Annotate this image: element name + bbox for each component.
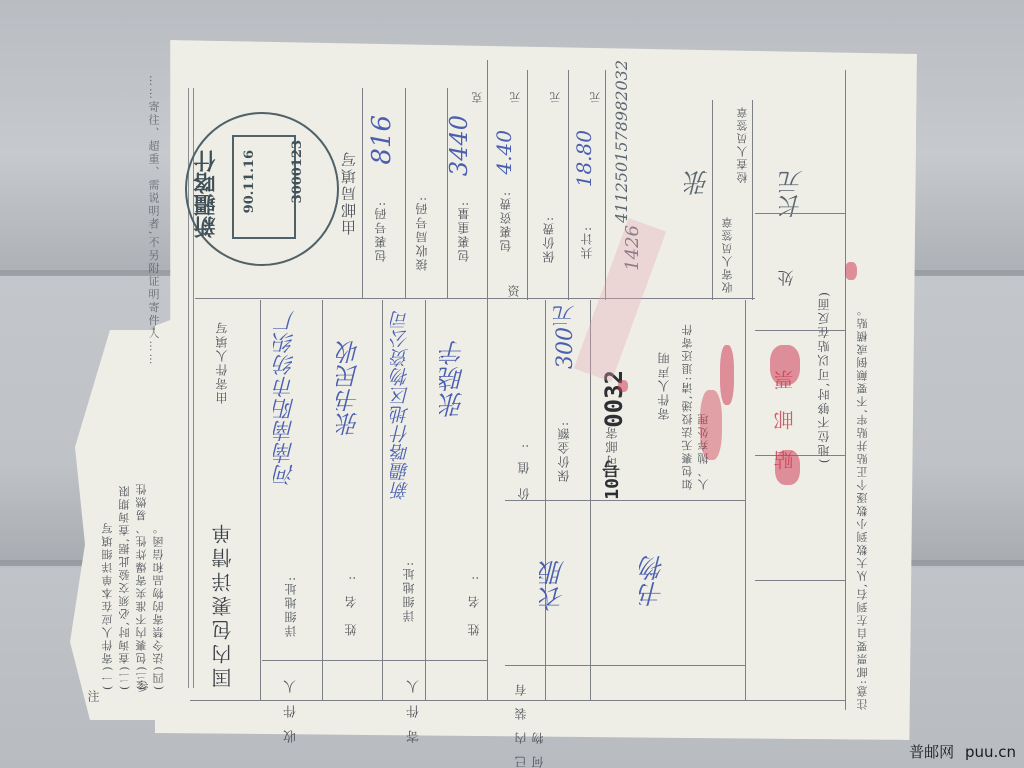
disposal-divider [755,213,845,214]
site-watermark: 普邮网 puu.cn [909,741,1016,762]
stamp-area-divider [755,580,845,581]
post-office-divider [195,298,755,299]
red-stamp-blot [618,380,628,392]
staff-col-line [712,100,713,300]
form-title: 国内包裹详情单 [208,520,237,688]
watermark-site-name: 普邮网 [909,743,954,761]
value-label: 价值: [515,430,532,500]
note-line-4: (四)法令禁寄的物品和信函。 [151,430,167,690]
weight-unit: 克 [470,90,486,103]
recipient-bottom-line [262,660,487,661]
tracking-number: 4112501578982032 [612,60,631,223]
postmark-code: 3000123 [290,140,305,203]
recipient-address-value: 河南南阳市纺织厂 [270,310,301,486]
red-stamp-blot [720,345,734,405]
note-line-1: (一)寄件人应在本单详细填写 [100,400,116,690]
red-stamp-blot [700,390,722,460]
fee-col-line [605,70,606,300]
sender-group-label: 寄件人 [405,668,424,743]
parcel-number-label: 包裹号码: [372,200,389,262]
sender-address-label: 详细地址: [400,560,417,622]
postage-unit: 元 [508,90,524,103]
form-title-note: 由寄件人填写 [213,320,230,404]
postage-label: 包裹资费: [497,190,514,252]
contents-bottom-line [505,665,745,666]
declaration-title: 寄件人声明 [655,350,672,420]
recipient-name-label: 姓名: [342,560,359,636]
stamp-area-note: (地位不够时,可以贴在反面) [815,290,832,463]
inspector-staff-label: 检查人员签章 [735,105,751,183]
insured-amount-label: 保价金额: [555,420,572,482]
postmark-place: 新疆喀什 [190,150,221,238]
red-stamp-blot [775,450,800,485]
sender-address-value: 新疆喀什地区物资公司 [387,310,414,500]
title-divider [260,300,261,700]
recipient-address-label: 详细地址: [282,575,299,637]
red-stamp-blot [770,345,800,385]
contents-value-2: 书物 [635,555,672,607]
printed-serial-note: 可邮寄 [603,425,620,467]
post-office-note: 由邮局填写 [338,150,359,235]
insurance-fee-label: 保价费: [540,215,557,263]
recipient-name-value: 张书民收 [332,340,367,436]
red-stamp-blot [845,262,857,280]
signature-scrawl: 长元 [775,170,810,218]
receiver-staff-signature: 张 [680,170,717,196]
office-col-line [487,60,488,700]
recipient-group-label: 收件人 [282,668,301,743]
total-label: 共计: [578,225,595,259]
value-section-divider [505,500,745,501]
receiving-office-label: 接收局号码: [413,195,430,271]
parcel-weight-label: 包裹重量: [455,200,472,262]
contents-label: 已内装有何物 [512,672,546,768]
frame-right-line [845,70,846,710]
notes-header: 注 [85,690,102,704]
sender-top-line [382,300,383,700]
postage-value: 4.40 [492,130,516,175]
office-col-line [362,88,363,298]
recipient-row-line [322,300,323,700]
fee-col-line [568,70,569,300]
notes-top-fragment: ……寄往、超重、需说明者,不另附证明寄件人…… [145,75,161,395]
watermark-domain: puu.cn [965,743,1016,761]
insurance-fee-unit: 元 [548,90,564,103]
contents-value-1: 衣服 [535,560,572,612]
parcel-number-value: 816 [367,115,397,165]
staff-col-line [752,100,753,300]
total-value: 18.80 [572,130,596,187]
fee-col-line [527,70,528,300]
disposal-label: 处 [775,268,798,286]
receiver-staff-label: 收寄人员签章 [720,215,736,293]
note-line-2: (二)查询时,必须交验此据,查询期限 [117,400,133,690]
sender-name-value: 张晓宇 [435,340,472,418]
footer-note: 注意:邮票要自左到右,从大数到小数逐个正贴并贴牢,不要颠倒或横贴。 [855,90,871,710]
total-unit: 元 [588,90,604,103]
sender-name-label: 姓名: [465,560,482,636]
note-line-3: (三)包裹内不准夹寄爆炸性、易燃性 [134,400,150,690]
sender-row-line [425,300,426,700]
stamp-area-left-line [745,300,746,700]
fee-header: 资 [505,285,522,299]
office-col-line [405,88,406,298]
parcel-weight-value: 3440 [445,115,473,176]
postmark-date: 90.11.16 [242,150,257,213]
